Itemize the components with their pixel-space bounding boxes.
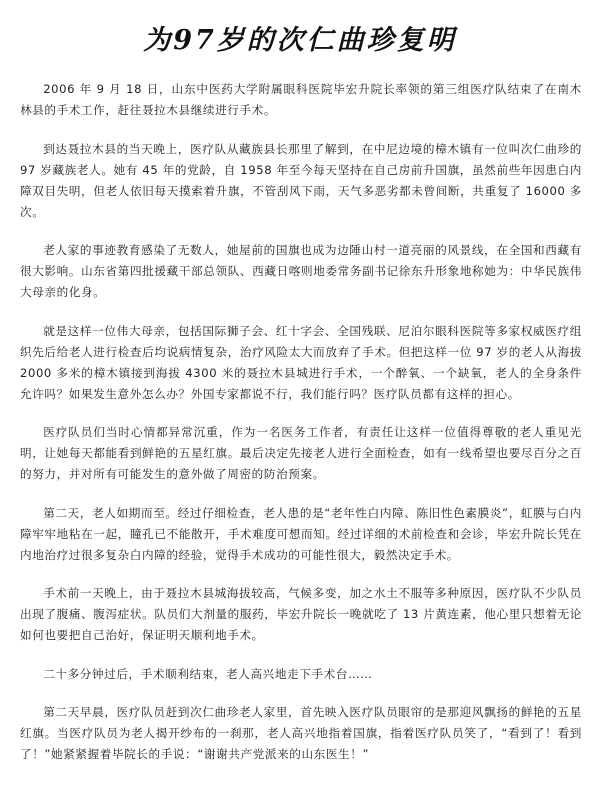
- document-title: 为97岁的次仁曲珍复明: [0, 24, 600, 58]
- paragraph-5: 医疗队员们当时心情都异常沉重，作为一名医务工作者，有责任让这样一位值得尊敬的老人…: [20, 422, 582, 485]
- document-body: 2006 年 9 月 18 日，山东中医药大学附属眼科医院毕宏升院长率领的第三组…: [20, 79, 582, 783]
- paragraph-8: 二十多分钟过后，手术顺利结束，老人高兴地走下手术台……: [20, 664, 582, 685]
- paragraph-6: 第二天，老人如期而至。经过仔细检查，老人患的是“老年性白内障、陈旧性色素膜炎”，…: [20, 503, 582, 566]
- paragraph-7: 手术前一天晚上，由于聂拉木县城海拔较高，气候多变，加之水土不服等多种原因，医疗队…: [20, 583, 582, 646]
- paragraph-9: 第二天早晨，医疗队员赶到次仁曲珍老人家里，首先映入医疗队员眼帘的是那迎风飘扬的鲜…: [20, 702, 582, 765]
- paragraph-1: 2006 年 9 月 18 日，山东中医药大学附属眼科医院毕宏升院长率领的第三组…: [20, 79, 582, 121]
- document-page: 为97岁的次仁曲珍复明 2006 年 9 月 18 日，山东中医药大学附属眼科医…: [0, 0, 600, 793]
- paragraph-4: 就是这样一位伟大母亲，包括国际狮子会、红十字会、全国残联、尼泊尔眼科医院等多家权…: [20, 321, 582, 405]
- paragraph-2: 到达聂拉木县的当天晚上，医疗队从藏族县长那里了解到，在中尼边境的樟木镇有一位叫次…: [20, 139, 582, 223]
- paragraph-3: 老人家的事迹教育感染了无数人，她屋前的国旗也成为边陲山村一道亮丽的风景线，在全国…: [20, 240, 582, 303]
